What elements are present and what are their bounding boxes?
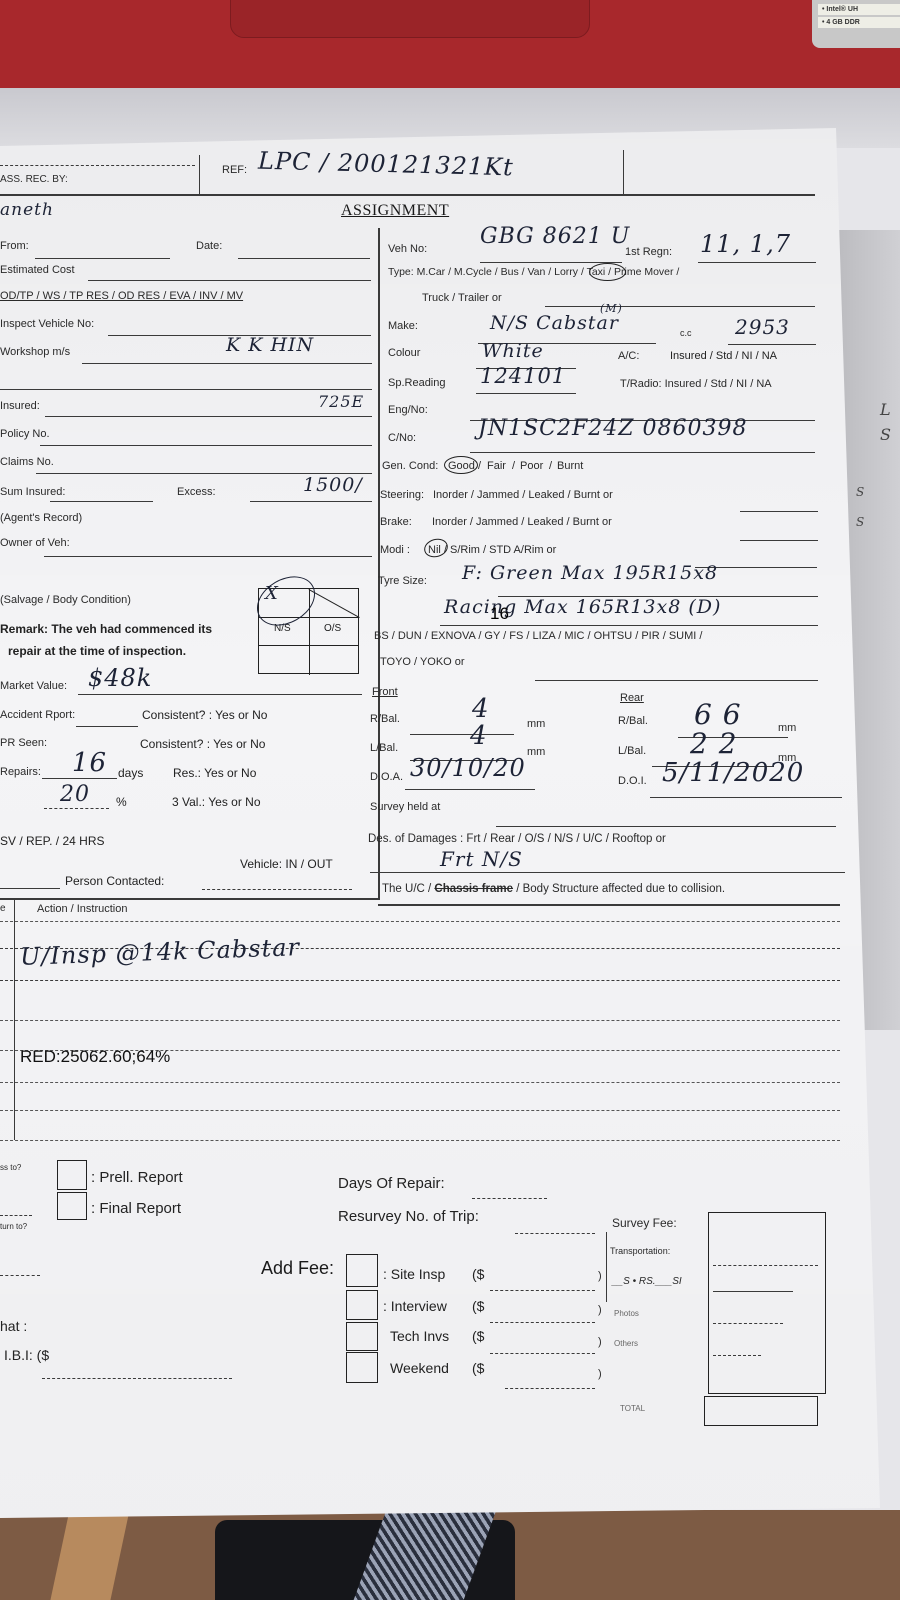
remark-line-1: Remark: The veh had commenced its <box>0 622 212 636</box>
cc-label: c.c <box>680 328 692 338</box>
from-label: From: <box>0 240 29 252</box>
blank-field[interactable] <box>0 1275 40 1276</box>
tech-invs-checkbox[interactable] <box>346 1322 378 1351</box>
insured-field[interactable] <box>45 416 372 417</box>
separator: / <box>478 460 481 472</box>
survey-fee-label: Survey Fee: <box>612 1216 677 1230</box>
site-insp-currency: ($ <box>472 1266 484 1282</box>
insured-value[interactable]: 725E <box>318 392 364 411</box>
repairs-days-value[interactable]: 16 <box>72 748 107 778</box>
ass-rec-by-label: ASS. REC. BY: <box>0 174 68 185</box>
gen-cond-poor[interactable]: Poor <box>520 460 543 472</box>
header-rule <box>0 194 815 196</box>
colour-label: Colour <box>388 347 420 359</box>
column-label-fragment: e <box>0 903 6 914</box>
paren: ) <box>598 1304 602 1316</box>
paren: ) <box>598 1270 602 1282</box>
sum-insured-field[interactable] <box>50 501 153 502</box>
mm-unit: mm <box>527 718 545 730</box>
veh-no-label: Veh No: <box>388 243 427 255</box>
steering-label: Steering: <box>380 489 424 501</box>
paren: ) <box>598 1336 602 1348</box>
resurvey-label: Resurvey No. of Trip: <box>338 1208 479 1225</box>
ruled-line <box>0 1020 840 1021</box>
survey-type-options[interactable]: SV / REP. / 24 HRS <box>0 834 105 848</box>
condition-label: (Salvage / Body Condition) <box>0 594 131 606</box>
agents-record-label: (Agent's Record) <box>0 512 82 524</box>
percent-value[interactable]: 20 <box>60 782 90 807</box>
steering-other-field[interactable] <box>740 511 818 512</box>
market-value[interactable]: $48k <box>88 664 152 692</box>
vehicle-side-diagram[interactable]: N/S O/S X <box>258 588 359 674</box>
gen-cond-selected-circle <box>444 456 478 474</box>
steering-options[interactable]: Inorder / Jammed / Leaked / Burnt or <box>433 489 613 501</box>
interview-amount-field[interactable] <box>490 1322 595 1323</box>
scribble: S <box>856 485 864 499</box>
tyre-rear-field[interactable] <box>440 625 818 626</box>
doi-field[interactable] <box>650 797 842 798</box>
total-box[interactable] <box>704 1396 818 1426</box>
sp-reading-label: Sp.Reading <box>388 377 446 389</box>
blank-field[interactable] <box>0 1215 32 1216</box>
accident-report-label: Accident Rport: <box>0 709 75 721</box>
general-condition-label: Gen. Cond: <box>382 460 438 472</box>
tyre-rear-value[interactable]: Racing Max 165R13x8 (D) <box>444 596 721 618</box>
blank-field[interactable] <box>0 389 372 390</box>
brake-label: Brake: <box>380 516 412 528</box>
tyre-size-label: Tyre Size: <box>378 575 427 587</box>
tech-invs-amount-field[interactable] <box>490 1353 595 1354</box>
insured-label: Insured: <box>0 400 40 412</box>
structure-text: The U/C / <box>382 883 434 895</box>
fee-line <box>713 1265 818 1266</box>
survey-fee-box[interactable] <box>708 1212 826 1394</box>
survey-held-field[interactable] <box>496 826 836 827</box>
scribble: S <box>856 515 864 529</box>
damages-options[interactable]: Des. of Damages : Frt / Rear / O/S / N/S… <box>368 833 666 845</box>
c-no-field[interactable] <box>470 452 815 453</box>
overlay-number: 16 <box>490 604 509 624</box>
sum-insured-label: Sum Insured: <box>0 486 65 498</box>
mm-unit: mm <box>527 746 545 758</box>
total-label: TOTAL <box>620 1404 645 1413</box>
res-yes-no[interactable]: Res.: Yes or No <box>173 766 256 780</box>
weekend-label: Weekend <box>390 1360 449 1376</box>
doa-value[interactable]: 30/10/20 <box>410 754 526 782</box>
front-lbal-label: L/Bal. <box>370 742 398 754</box>
laptop-lid-recess <box>230 0 590 38</box>
cc-field[interactable] <box>728 344 816 345</box>
divider <box>199 155 200 195</box>
section-rule <box>0 898 378 900</box>
rear-label: Rear <box>620 692 644 704</box>
fee-line <box>713 1355 761 1356</box>
tyre-front-value[interactable]: F: Green Max 195R15x8 <box>462 562 718 584</box>
from-field[interactable] <box>35 258 170 259</box>
form-title: ASSIGNMENT <box>341 202 449 220</box>
interview-label: : Interview <box>383 1298 447 1314</box>
resurvey-field[interactable] <box>515 1233 595 1234</box>
return-to-label: turn to? <box>0 1222 27 1231</box>
accident-report-field[interactable] <box>76 726 138 727</box>
separator: / <box>512 460 515 472</box>
make-label: Make: <box>388 320 418 332</box>
vehicle-type-selected-circle <box>589 263 626 281</box>
vehicle-type-other-field[interactable] <box>545 306 815 307</box>
site-insp-checkbox[interactable] <box>346 1254 378 1287</box>
c-no-label: C/No: <box>388 432 416 444</box>
c-no-value[interactable]: JN1SC2F24Z 0860398 <box>478 416 748 441</box>
divider <box>606 1232 607 1302</box>
process-to-label: ss to? <box>0 1163 21 1172</box>
fee-line <box>713 1291 793 1292</box>
sticker-line: • 4 GB DDR <box>818 17 900 28</box>
person-contacted-label: Person Contacted: <box>65 874 164 888</box>
ruled-line <box>0 1110 840 1111</box>
structure-statement[interactable]: The U/C / Chassis frame / Body Structure… <box>382 883 725 895</box>
rear-lbal-label: L/Bal. <box>618 745 646 757</box>
days-of-repair-field[interactable] <box>472 1198 547 1199</box>
overlay-annotation: RED:25062.60;64% <box>20 1047 170 1067</box>
structure-text: / Body Structure affected due to collisi… <box>513 883 725 895</box>
tyre-brand-options[interactable]: BS / DUN / EXNOVA / GY / FS / LIZA / MIC… <box>374 630 702 642</box>
add-fee-label: Add Fee: <box>261 1258 334 1279</box>
final-report-checkbox[interactable] <box>57 1192 87 1220</box>
sp-reading-field[interactable] <box>476 393 576 394</box>
cc-value[interactable]: 2953 <box>735 315 790 339</box>
front-rbal-field[interactable] <box>410 734 514 735</box>
s-rs-label: __S • RS.___SI <box>612 1276 682 1287</box>
action-instruction-header: Action / Instruction <box>37 903 128 915</box>
ruled-line <box>0 921 840 922</box>
front-lbal-value[interactable]: 4 <box>470 721 488 751</box>
first-regn-value[interactable]: 11, 1,7 <box>700 230 791 258</box>
blank-field[interactable] <box>0 888 60 889</box>
date-field[interactable] <box>238 258 370 259</box>
prelim-report-label: : Prell. Report <box>91 1169 183 1186</box>
rear-lbal-value[interactable]: 2 2 <box>690 727 738 760</box>
structure-strike-text: Chassis frame <box>434 883 513 895</box>
vehicle-type-options[interactable]: Type: M.Car / M.Cycle / Bus / Van / Lorr… <box>388 266 679 278</box>
tyre-brand-other-field[interactable] <box>535 680 818 681</box>
inspect-vehicle-label: Inspect Vehicle No: <box>0 318 94 330</box>
first-regn-field[interactable] <box>698 262 816 263</box>
front-label: Front <box>372 686 398 698</box>
first-regn-label: 1st Regn: <box>625 246 672 258</box>
doa-label: D.O.A. <box>370 771 403 783</box>
front-rbal-label: R/Bal. <box>370 713 400 725</box>
person-contacted-field[interactable] <box>202 889 352 890</box>
front-rbal-value[interactable]: 4 <box>472 694 490 724</box>
ruled-line <box>0 980 840 981</box>
doa-field[interactable] <box>405 789 535 790</box>
pr-seen-consistent[interactable]: Consistent? : Yes or No <box>140 737 265 751</box>
prelim-report-checkbox[interactable] <box>57 1160 87 1190</box>
ac-label: A/C: <box>618 350 639 362</box>
sticker-line: • Intel® UH <box>818 4 900 15</box>
surveyor-name: aneth <box>0 200 54 220</box>
mm-unit: mm <box>778 722 796 734</box>
modi-label: Modi : <box>380 544 410 556</box>
workshop-field[interactable] <box>82 363 372 364</box>
owner-of-vehicle-label: Owner of Veh: <box>0 537 70 549</box>
damages-value[interactable]: Frt N/S <box>440 847 523 871</box>
section-rule <box>378 904 840 906</box>
transportation-label: Transportation: <box>610 1246 670 1256</box>
eng-no-label: Eng/No: <box>388 404 428 416</box>
vehicle-in-out[interactable]: Vehicle: IN / OUT <box>240 857 333 871</box>
scribble: S <box>880 425 891 444</box>
interview-currency: ($ <box>472 1298 484 1314</box>
workshop-label: Workshop m/s <box>0 346 70 358</box>
background-floor <box>0 1510 900 1600</box>
owner-of-vehicle-field[interactable] <box>44 556 372 557</box>
column-divider <box>378 228 380 900</box>
off-side-label: O/S <box>324 623 341 634</box>
veh-no-value[interactable]: GBG 8621 U <box>480 224 630 249</box>
claim-category-options[interactable]: OD/TP / WS / TP RES / OD RES / EVA / INV… <box>0 290 243 302</box>
interview-checkbox[interactable] <box>346 1290 378 1320</box>
rear-rbal-label: R/Bal. <box>618 715 648 727</box>
separator: / <box>549 460 552 472</box>
tradio-options[interactable]: T/Radio: Insured / Std / NI / NA <box>620 378 772 390</box>
divider <box>623 150 624 196</box>
repairs-label: Repairs: <box>0 766 41 778</box>
accident-report-consistent[interactable]: Consistent? : Yes or No <box>142 708 267 722</box>
ibi-amount-field[interactable] <box>42 1378 232 1379</box>
three-val-yes-no[interactable]: 3 Val.: Yes or No <box>172 795 261 809</box>
days-unit: days <box>118 766 143 780</box>
divider <box>0 165 195 166</box>
brake-other-field[interactable] <box>740 540 818 541</box>
excess-value[interactable]: 1500/ <box>303 474 363 496</box>
sp-reading-value[interactable]: 124101 <box>480 364 566 388</box>
ac-options[interactable]: Insured / Std / NI / NA <box>670 350 777 362</box>
policy-no-field[interactable] <box>40 445 372 446</box>
final-report-label: : Final Report <box>91 1200 181 1217</box>
weekend-checkbox[interactable] <box>346 1352 378 1383</box>
tech-invs-currency: ($ <box>472 1328 484 1344</box>
weekend-currency: ($ <box>472 1360 484 1376</box>
vehicle-type-line-2: Truck / Trailer or <box>422 292 502 304</box>
market-value-field[interactable] <box>78 694 362 695</box>
site-insp-amount-field[interactable] <box>490 1290 595 1291</box>
doi-value[interactable]: 5/11/2020 <box>662 758 804 788</box>
paren: ) <box>598 1368 602 1380</box>
others-label: Others <box>614 1339 638 1348</box>
ibi-label: I.B.I: ($ <box>4 1347 49 1363</box>
make-value[interactable]: N/S Cabstar <box>490 312 619 334</box>
gen-cond-fair[interactable]: Fair <box>487 460 506 472</box>
doi-label: D.O.I. <box>618 775 647 787</box>
ref-label: REF: <box>222 164 247 176</box>
percent-unit: % <box>116 795 127 809</box>
remark-line-2: repair at the time of inspection. <box>8 644 186 658</box>
estimated-cost-label: Estimated Cost <box>0 264 75 276</box>
excess-label: Excess: <box>177 486 216 498</box>
market-value-label: Market Value: <box>0 680 67 692</box>
what-label: hat : <box>0 1318 27 1334</box>
repairs-days-field[interactable] <box>42 778 117 779</box>
days-of-repair-label: Days Of Repair: <box>338 1175 445 1192</box>
estimated-cost-field[interactable] <box>88 280 371 281</box>
pr-seen-label: PR Seen: <box>0 737 47 749</box>
site-insp-label: : Site Insp <box>383 1266 445 1282</box>
workshop-value[interactable]: K K HIN <box>226 334 314 356</box>
ruled-line <box>0 1140 840 1141</box>
excess-field[interactable] <box>250 501 372 502</box>
brake-options[interactable]: Inorder / Jammed / Leaked / Burnt or <box>432 516 612 528</box>
weekend-amount-field[interactable] <box>505 1388 595 1389</box>
colour-value[interactable]: White <box>482 340 544 362</box>
background-red-laptop <box>0 0 900 88</box>
tech-invs-label: Tech Invs <box>390 1328 449 1344</box>
fee-line <box>713 1323 783 1324</box>
tyre-brand-options-2[interactable]: TOYO / YOKO or <box>380 656 465 668</box>
damages-field[interactable] <box>370 872 845 873</box>
date-label: Date: <box>196 240 222 252</box>
photos-label: Photos <box>614 1309 639 1318</box>
claims-no-label: Claims No. <box>0 456 54 468</box>
laptop-spec-sticker: • Intel® UH • 4 GB DDR <box>812 0 900 48</box>
policy-no-label: Policy No. <box>0 428 50 440</box>
gen-cond-burnt[interactable]: Burnt <box>557 460 583 472</box>
wood-object <box>50 1510 129 1600</box>
survey-held-label: Survey held at <box>370 801 440 813</box>
percent-field[interactable] <box>44 808 109 809</box>
scribble: L <box>880 400 891 419</box>
ruled-line <box>0 1082 840 1083</box>
